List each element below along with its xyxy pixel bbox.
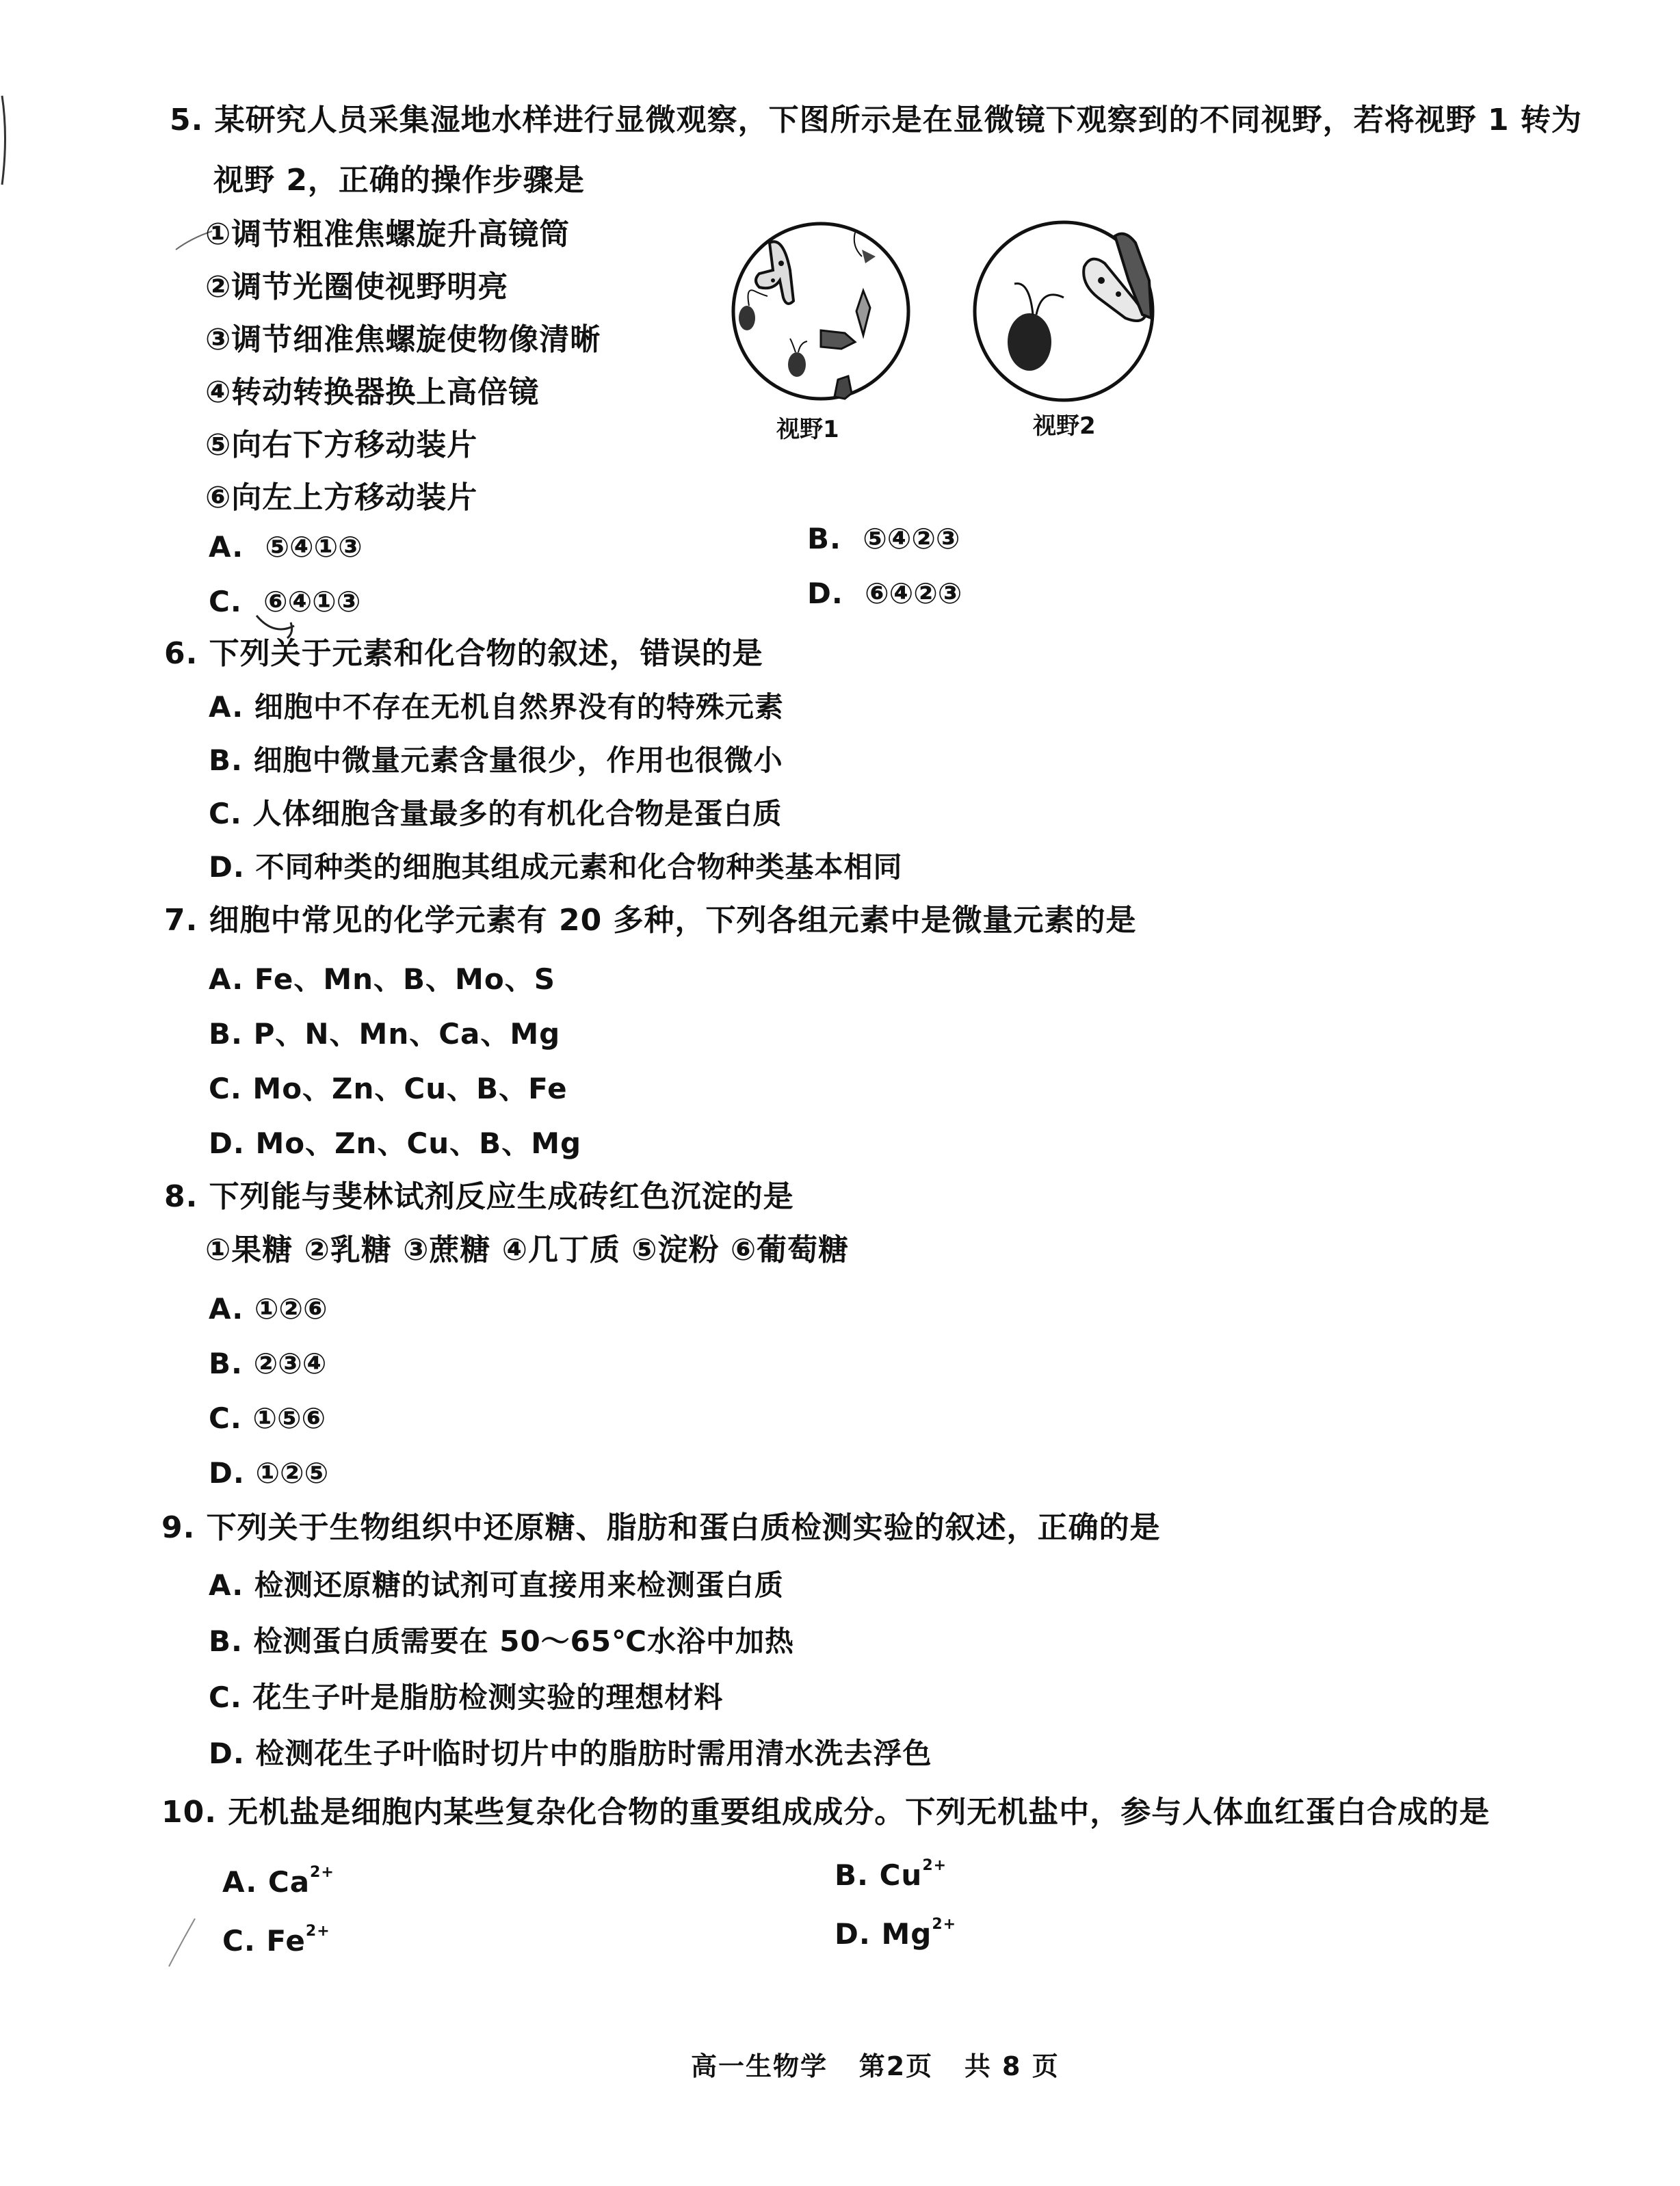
q5-step-5: ⑤向右下方移动装片 [205,426,477,464]
q8-option-d: D. ①②⑤ [209,1454,328,1492]
q7-stem: 7. 细胞中常见的化学元素有 20 多种，下列各组元素中是微量元素的是 [164,901,1137,940]
q10-option-d: D. Mg2+ [835,1906,956,1953]
q5-number: 5. [170,101,203,140]
q9-option-d: D. 检测花生子叶临时切片中的脂肪时需用清水洗去浮色 [209,1735,932,1773]
q6-option-b: B. 细胞中微量元素含量很少，作用也很微小 [209,741,783,780]
q5-stem-line2: 视野 2，正确的操作步骤是 [213,161,585,200]
q6-option-d: D. 不同种类的细胞其组成元素和化合物种类基本相同 [209,848,902,886]
q8-items: ①果糖 ②乳糖 ③蔗糖 ④几丁质 ⑤淀粉 ⑥葡萄糖 [205,1231,849,1269]
q9-option-b: B. 检测蛋白质需要在 50～65℃水浴中加热 [209,1622,794,1661]
microscope-view-1-label: 视野1 [776,410,839,444]
microscope-view-1-figure [718,215,923,421]
exam-page: 5. 某研究人员采集湿地水样进行显微观察，下图所示是在显微镜下观察到的不同视野，… [0,0,1680,2186]
q9-stem: 9. 下列关于生物组织中还原糖、脂肪和蛋白质检测实验的叙述，正确的是 [161,1509,1161,1547]
q8-option-a: A. ①②⑥ [209,1290,328,1328]
q10-option-c: C. Fe2+ [222,1912,330,1960]
pen-stroke-mark-2 [161,1915,202,1970]
q5-option-b: B. ⑤④②③ [807,520,960,558]
q5-step-2: ②调节光圈使视野明亮 [205,268,508,306]
q10-stem: 10. 无机盐是细胞内某些复杂化合物的重要组成成分。下列无机盐中，参与人体血红蛋… [161,1793,1490,1832]
q5-step-4: ④转动转换器换上高倍镜 [205,373,539,412]
q7-option-c: C. Mo、Zn、Cu、B、Fe [209,1070,568,1108]
q9-option-a: A. 检测还原糖的试剂可直接用来检测蛋白质 [209,1566,784,1605]
microscope-view-2-label: 视野2 [1033,407,1096,440]
q10-option-b: B. Cu2+ [835,1847,947,1895]
q6-option-c: C. 人体细胞含量最多的有机化合物是蛋白质 [209,795,782,833]
q8-option-b: B. ②③④ [209,1345,326,1383]
page-footer: 高一生物学 第2页 共 8 页 [691,2045,1060,2083]
microscope-view-2-figure [961,215,1173,421]
q7-option-d: D. Mo、Zn、Cu、B、Mg [209,1124,581,1163]
q5-step-1: ①调节粗准焦螺旋升高镜筒 [205,215,570,254]
q5-stem-line1: 5. 某研究人员采集湿地水样进行显微观察，下图所示是在显微镜下观察到的不同视野，… [170,101,1582,140]
binding-edge-mark [0,89,14,192]
q6-stem: 6. 下列关于元素和化合物的叙述，错误的是 [164,635,763,673]
q9-option-c: C. 花生子叶是脂肪检测实验的理想材料 [209,1678,723,1717]
q5-step-6: ⑥向左上方移动装片 [205,479,477,517]
q5-step-3: ③调节细准焦螺旋使物像清晰 [205,321,601,359]
q6-option-a: A. 细胞中不存在无机自然界没有的特殊元素 [209,688,784,726]
q8-option-c: C. ①⑤⑥ [209,1399,326,1438]
q5-option-d: D. ⑥④②③ [807,575,962,613]
q8-stem: 8. 下列能与斐林试剂反应生成砖红色沉淀的是 [164,1178,794,1216]
q7-option-b: B. P、N、Mn、Ca、Mg [209,1015,560,1053]
q5-option-a: A. ⑤④①③ [209,528,363,566]
q10-option-a: A. Ca2+ [222,1854,334,1901]
q7-option-a: A. Fe、Mn、B、Mo、S [209,960,555,999]
